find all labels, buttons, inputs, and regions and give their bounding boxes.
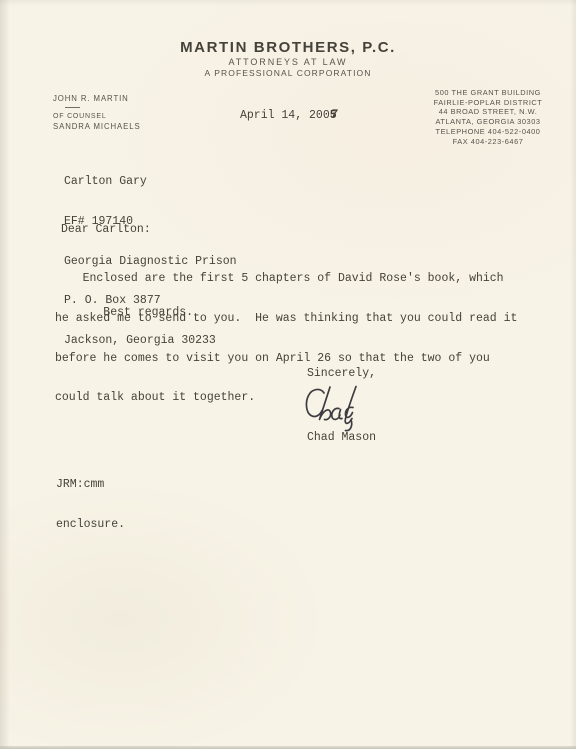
address-line: FAIRLIE-POPLAR DISTRICT [408,98,568,108]
body-line: could talk about it together. [55,391,517,404]
signature-script-chad [299,385,367,433]
date-overstruck-digit: 57 [330,109,337,122]
date-line: April 14, 20057 [240,109,337,122]
firm-tagline-corporation: A PROFESSIONAL CORPORATION [0,68,576,78]
address-line: FAX 404-223-6467 [408,137,568,147]
attorney-name: JOHN R. MARTIN [53,94,141,103]
closing-line: Best regards. [55,306,193,319]
sign-off: Sincerely, [307,367,376,380]
body-line: Enclosed are the first 5 chapters of Dav… [55,272,517,285]
typed-signature-name: Chad Mason [307,431,376,444]
enclosure-note: enclosure. [56,518,125,531]
of-counsel-name: SANDRA MICHAELS [53,122,141,131]
firm-tagline-attorneys: ATTORNEYS AT LAW [0,57,576,67]
salutation: Dear Carlton: [61,223,151,236]
firm-name: MARTIN BROTHERS, P.C. [0,39,576,56]
body-line: before he comes to visit you on April 26… [55,352,517,365]
address-line: TELEPHONE 404-522-0400 [408,127,568,137]
letterhead-divider-rule [65,107,80,108]
address-line: 44 BROAD STREET, N.W. [408,107,568,117]
reference-block: JRM:cmm enclosure. [56,452,125,558]
typist-reference: JRM:cmm [56,478,125,491]
recipient-name: Carlton Gary [64,175,237,188]
address-line: ATLANTA, GEORGIA 30303 [408,117,568,127]
handwritten-signature [299,385,367,433]
address-line: 500 THE GRANT BUILDING [408,88,568,98]
scanned-letter-page: MARTIN BROTHERS, P.C. ATTORNEYS AT LAW A… [0,0,576,749]
of-counsel-label: OF COUNSEL [53,113,141,120]
attorney-block: JOHN R. MARTIN OF COUNSEL SANDRA MICHAEL… [53,94,141,131]
body-paragraph: Enclosed are the first 5 chapters of Dav… [55,246,517,431]
firm-address-block: 500 THE GRANT BUILDING FAIRLIE-POPLAR DI… [408,88,568,146]
date-prefix: April 14, 200 [240,109,330,122]
